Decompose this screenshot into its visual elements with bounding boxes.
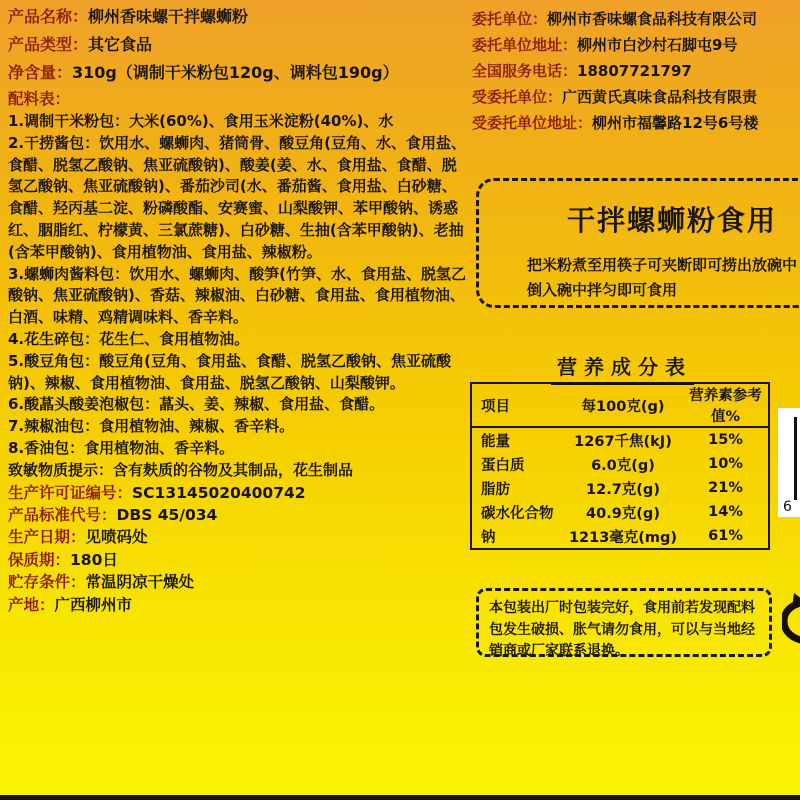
nutrition-header-nrv: 营养素参考值% [683,383,769,427]
barcode-bar [794,417,797,500]
bottom-edge-band [0,795,800,800]
entrusting-company-row: 委托单位：柳州市香味螺食品科技有限公司 [472,6,800,32]
entrusted-company-row: 受委托单位：广西黄氏真味食品科技有限责 [472,84,800,110]
nutrition-header-item: 项目 [471,383,563,427]
nutrition-fat-name: 脂肪 [471,476,563,500]
nutrition-header-per100g: 每100克(g) [563,383,683,427]
product-info-column: 产品名称：柳州香味螺干拌螺蛳粉 产品类型：其它食品 净含量：310g（调制干米粉… [8,4,466,616]
origin-row: 产地：广西柳州市 [8,594,466,616]
net-content-row: 净含量：310g（调制干米粉包120g、调料包190g） [8,60,466,85]
product-name-row: 产品名称：柳州香味螺干拌螺蛳粉 [8,4,466,29]
service-phone-label: 全国服务电话： [472,62,577,80]
service-phone-value: 18807721797 [577,62,692,80]
origin-value: 广西柳州市 [55,596,133,614]
table-row: 钠 1213毫克(mg) 61% [471,524,769,549]
nutrition-protein-value: 6.0克(g) [563,452,683,476]
ingredient-item-5: 5.酸豆角包：酸豆角(豆角、食用盐、食醋、脱氢乙酸钠、焦亚硫酸钠)、辣椒、食用植… [8,351,466,395]
nutrition-protein-name: 蛋白质 [471,452,563,476]
storage-row: 贮存条件：常温阴凉干燥处 [8,571,466,593]
product-type-value: 其它食品 [88,35,152,54]
standard-code-row: 产品标准代号：DBS 45/034 [8,504,466,526]
shelf-life-label: 保质期： [8,551,70,569]
nutrition-energy-value: 1267千焦(kJ) [563,427,683,452]
production-date-label: 生产日期： [8,528,86,546]
product-name-label: 产品名称： [8,7,88,26]
table-row: 蛋白质 6.0克(g) 10% [471,452,769,476]
usage-line-1: 把米粉煮至用筷子可夹断即可捞出放碗中 [527,253,800,278]
entrusting-address-value: 柳州市白沙村石脚屯9号 [577,36,737,54]
nutrition-energy-name: 能量 [471,427,563,452]
nutrition-sodium-name: 钠 [471,524,563,549]
nutrition-fat-nrv: 21% [683,476,769,500]
origin-label: 产地： [8,596,55,614]
entrusting-company-value: 柳州市香味螺食品科技有限公司 [547,10,757,28]
nutrition-header-row: 项目 每100克(g) 营养素参考值% [471,383,769,427]
table-row: 碳水化合物 40.9克(g) 14% [471,500,769,524]
license-number-value: SC13145020400742 [132,484,306,502]
usage-line-2: 倒入碗中拌匀即可食用 [527,278,800,303]
barcode-fragment: 6 [778,408,800,517]
net-content-value: 310g（调制干米粉包120g、调料包190g） [72,63,399,82]
usage-title: 干拌螺蛳粉食用 [567,199,800,239]
ingredient-item-3: 3.螺蛳肉酱料包：饮用水、螺蛳肉、酸笋(竹笋、水、食用盐、脱氢乙酸钠、焦亚硫酸钠… [8,264,466,329]
nutrition-fat-value: 12.7克(g) [563,476,683,500]
entrusting-address-label: 委托单位地址： [472,36,577,54]
packaging-warning-box: 本包装出厂时包装完好，食用前若发现配料包发生破损、胀气请勿食用，可以与当地经销商… [476,588,772,657]
storage-value: 常温阴凉干燥处 [86,573,195,591]
license-number-row: 生产许可证编号：SC13145020400742 [8,482,466,504]
nutrition-carb-name: 碳水化合物 [471,500,563,524]
nutrition-carb-nrv: 14% [683,500,769,524]
license-number-label: 生产许可证编号： [8,484,132,502]
allergen-label: 致敏物质提示： [8,461,113,479]
net-content-label: 净含量： [8,63,72,82]
nutrition-table: 项目 每100克(g) 营养素参考值% 能量 1267千焦(kJ) 15% 蛋白… [470,382,770,550]
company-info-block: 委托单位：柳州市香味螺食品科技有限公司 委托单位地址：柳州市白沙村石脚屯9号 全… [472,6,800,136]
nutrition-energy-nrv: 15% [683,427,769,452]
nutrition-carb-value: 40.9克(g) [563,500,683,524]
product-type-row: 产品类型：其它食品 [8,32,466,57]
entrusting-company-label: 委托单位： [472,10,547,28]
standard-code-label: 产品标准代号： [8,506,117,524]
ingredient-item-7: 7.辣椒油包：食用植物油、辣椒、香辛料。 [8,416,466,438]
allergen-notice: 致敏物质提示：含有麸质的谷物及其制品，花生制品 [8,460,466,482]
barcode-digit: 6 [783,499,792,515]
shelf-life-row: 保质期：180日 [8,549,466,571]
recycle-arrow-icon [782,592,800,650]
allergen-value: 含有麸质的谷物及其制品，花生制品 [113,461,353,479]
usage-instructions-box: 干拌螺蛳粉食用 把米粉煮至用筷子可夹断即可捞出放碗中 倒入碗中拌匀即可食用 [476,178,800,308]
packaging-warning-text: 本包装出厂时包装完好，食用前若发现配料包发生破损、胀气请勿食用，可以与当地经销商… [489,600,755,659]
nutrition-table-title: 营养成分表 [551,351,694,385]
storage-label: 贮存条件： [8,573,86,591]
nutrition-sodium-nrv: 61% [683,524,769,549]
table-row: 脂肪 12.7克(g) 21% [471,476,769,500]
entrusted-address-label: 受委托单位地址： [472,114,592,132]
entrusted-address-row: 受委托单位地址：柳州市福馨路12号6号楼 [472,110,800,136]
product-name-value: 柳州香味螺干拌螺蛳粉 [88,7,248,26]
product-type-label: 产品类型： [8,35,88,54]
nutrition-sodium-value: 1213毫克(mg) [563,524,683,549]
production-date-row: 生产日期：见喷码处 [8,526,466,548]
production-date-value: 见喷码处 [86,528,148,546]
table-row: 能量 1267千焦(kJ) 15% [471,427,769,452]
ingredient-item-8: 8.香油包：食用植物油、香辛料。 [8,438,466,460]
entrusted-company-value: 广西黄氏真味食品科技有限责 [562,88,757,106]
ingredients-title: 配料表： [8,88,466,111]
entrusted-company-label: 受委托单位： [472,88,562,106]
shelf-life-value: 180日 [70,551,118,569]
ingredient-item-4: 4.花生碎包：花生仁、食用植物油。 [8,329,466,351]
nutrition-protein-nrv: 10% [683,452,769,476]
ingredient-item-6: 6.酸蕌头酸姜泡椒包：蕌头、姜、辣椒、食用盐、食醋。 [8,394,466,416]
ingredient-item-1: 1.调制干米粉包：大米(60%)、食用玉米淀粉(40%)、水 [8,111,466,133]
entrusting-address-row: 委托单位地址：柳州市白沙村石脚屯9号 [472,32,800,58]
entrusted-address-value: 柳州市福馨路12号6号楼 [592,114,758,132]
ingredient-item-2: 2.干捞酱包：饮用水、螺蛳肉、猪筒骨、酸豆角(豆角、水、食用盐、食醋、脱氢乙酸钠… [8,133,466,264]
standard-code-value: DBS 45/034 [117,506,218,524]
service-phone-row: 全国服务电话：18807721797 [472,58,800,84]
